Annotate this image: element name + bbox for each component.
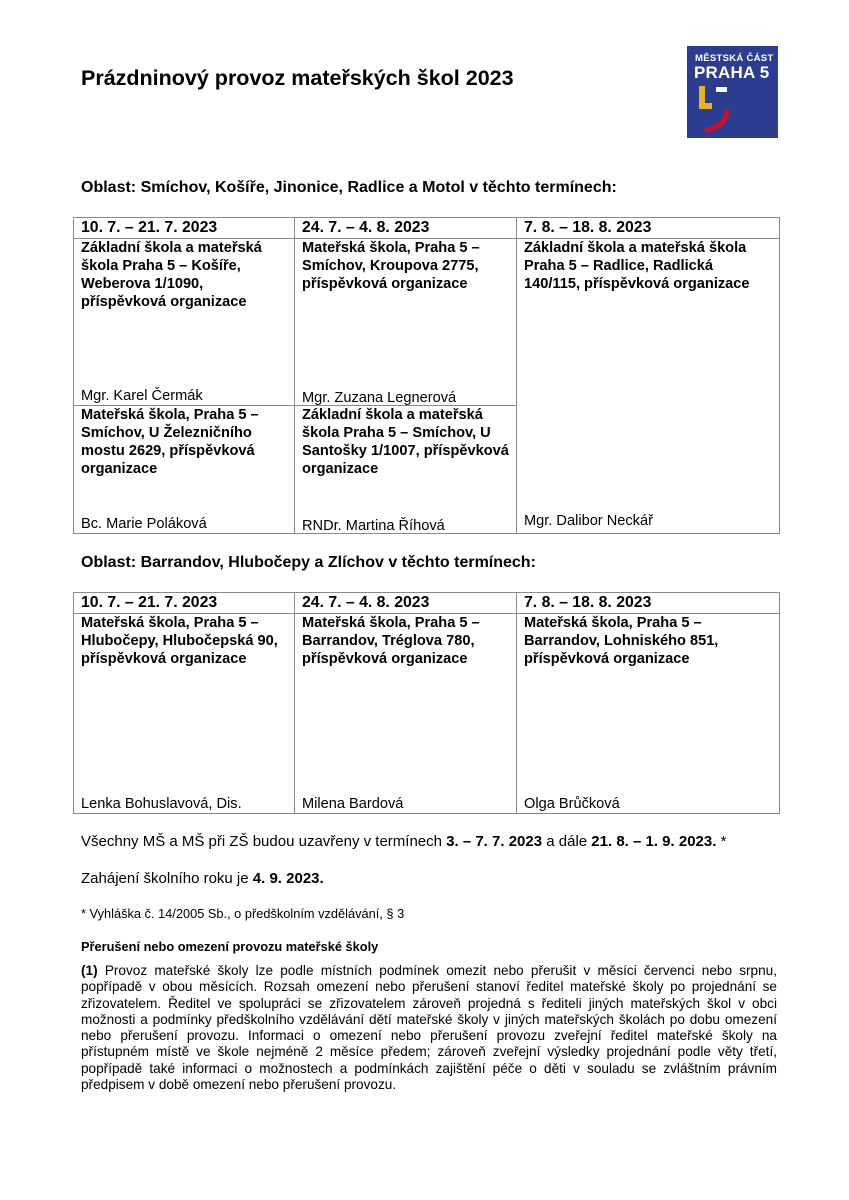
table-header-row: 10. 7. – 21. 7. 2023 24. 7. – 4. 8. 2023…	[74, 218, 780, 239]
section-heading: Přerušení nebo omezení provozu mateřské …	[81, 939, 378, 954]
page-title: Prázdninový provoz mateřských škol 2023	[81, 66, 514, 91]
table-row: Mateřská škola, Praha 5 – Hlubočepy, Hlu…	[74, 614, 780, 814]
school-name: Mateřská škola, Praha 5 – Hlubočepy, Hlu…	[81, 614, 287, 668]
table-row: Základní škola a mateřská škola Praha 5 …	[74, 239, 780, 406]
start-date: 4. 9. 2023.	[253, 870, 324, 887]
closure-note-middle: a dále	[542, 833, 591, 850]
school-cell: Mateřská škola, Praha 5 – Smíchov, Kroup…	[295, 239, 517, 406]
school-name: Základní škola a mateřská škola Praha 5 …	[81, 239, 287, 311]
praha5-logo: MĚSTSKÁ ČÁST PRAHA 5	[687, 46, 778, 138]
law-paragraph: (1) Provoz mateřské školy lze podle míst…	[81, 963, 777, 1093]
period-header: 24. 7. – 4. 8. 2023	[295, 218, 517, 239]
school-name: Základní škola a mateřská škola Praha 5 …	[302, 406, 509, 478]
school-cell: Mateřská škola, Praha 5 – Hlubočepy, Hlu…	[74, 614, 295, 814]
school-cell: Mateřská škola, Praha 5 – Barrandov, Loh…	[517, 614, 780, 814]
table-header-row: 10. 7. – 21. 7. 2023 24. 7. – 4. 8. 2023…	[74, 593, 780, 614]
school-cell: Základní škola a mateřská škola Praha 5 …	[517, 239, 780, 534]
school-name: Mateřská škola, Praha 5 – Smíchov, U Žel…	[81, 406, 287, 478]
director-name: Mgr. Karel Čermák	[81, 387, 287, 405]
school-cell: Mateřská škola, Praha 5 – Smíchov, U Žel…	[74, 406, 295, 534]
school-name: Mateřská škola, Praha 5 – Barrandov, Tré…	[302, 614, 509, 668]
paragraph-number: (1)	[81, 963, 98, 978]
director-name: Bc. Marie Poláková	[81, 515, 287, 533]
closure-note: Všechny MŠ a MŠ při ZŠ budou uzavřeny v …	[81, 833, 726, 850]
director-name: Lenka Bohuslavová, Dis.	[81, 795, 287, 813]
school-name: Mateřská škola, Praha 5 – Smíchov, Kroup…	[302, 239, 509, 293]
paragraph-text: Provoz mateřské školy lze podle místních…	[81, 963, 777, 1092]
area-heading-barrandov: Oblast: Barrandov, Hlubočepy a Zlíchov v…	[81, 554, 536, 572]
school-name: Mateřská škola, Praha 5 – Barrandov, Loh…	[524, 614, 772, 668]
school-cell: Základní škola a mateřská škola Praha 5 …	[74, 239, 295, 406]
director-name: Mgr. Dalibor Neckář	[524, 512, 772, 530]
start-note-prefix: Zahájení školního roku je	[81, 870, 253, 887]
director-name: Milena Bardová	[302, 795, 509, 813]
logo-red-curve-icon	[687, 46, 778, 138]
school-year-start-note: Zahájení školního roku je 4. 9. 2023.	[81, 870, 324, 887]
director-name: Olga Brůčková	[524, 795, 772, 813]
closure-note-prefix: Všechny MŠ a MŠ při ZŠ budou uzavřeny v …	[81, 833, 446, 850]
period-header: 24. 7. – 4. 8. 2023	[295, 593, 517, 614]
closure-note-suffix: *	[716, 833, 726, 850]
period-header: 7. 8. – 18. 8. 2023	[517, 218, 780, 239]
area-heading-smichov: Oblast: Smíchov, Košíře, Jinonice, Radli…	[81, 179, 617, 197]
school-cell: Mateřská škola, Praha 5 – Barrandov, Tré…	[295, 614, 517, 814]
closure-period-2: 21. 8. – 1. 9. 2023.	[591, 833, 716, 850]
school-name: Základní škola a mateřská škola Praha 5 …	[524, 239, 772, 293]
schedule-table-barrandov: 10. 7. – 21. 7. 2023 24. 7. – 4. 8. 2023…	[73, 592, 780, 814]
director-name: RNDr. Martina Říhová	[302, 517, 509, 535]
director-name: Mgr. Zuzana Legnerová	[302, 389, 509, 407]
schedule-table-smichov: 10. 7. – 21. 7. 2023 24. 7. – 4. 8. 2023…	[73, 217, 780, 534]
period-header: 10. 7. – 21. 7. 2023	[74, 218, 295, 239]
school-cell: Základní škola a mateřská škola Praha 5 …	[295, 406, 517, 534]
period-header: 10. 7. – 21. 7. 2023	[74, 593, 295, 614]
closure-period-1: 3. – 7. 7. 2023	[446, 833, 542, 850]
footnote: * Vyhláška č. 14/2005 Sb., o předškolním…	[81, 906, 404, 921]
period-header: 7. 8. – 18. 8. 2023	[517, 593, 780, 614]
